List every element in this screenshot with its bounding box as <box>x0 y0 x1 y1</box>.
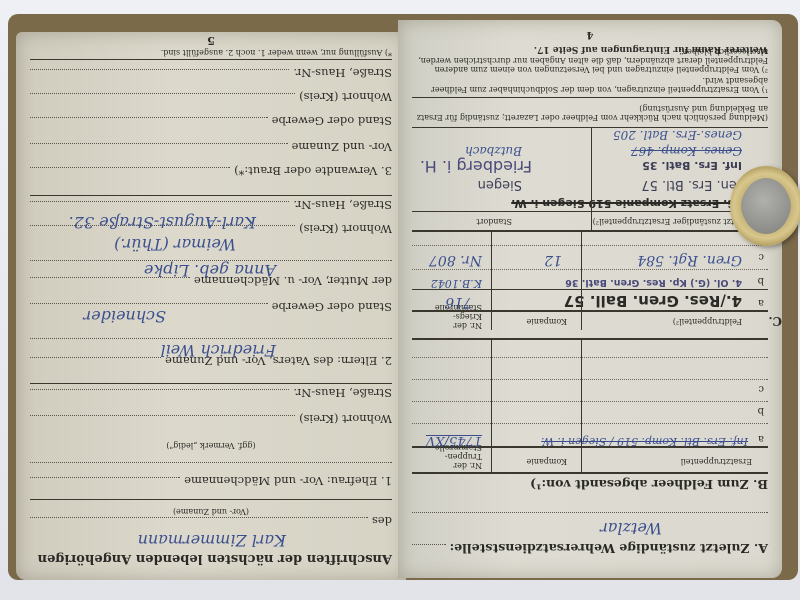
holder-row: des <box>30 514 392 528</box>
row-line <box>412 357 768 358</box>
table-border <box>412 473 768 475</box>
relative-row: 3. Verwandte oder Braut:*) <box>30 164 392 178</box>
sectionC-row-a-stamp: 4./Res. Gren. Ball. 57 <box>564 292 742 310</box>
relative-name: Vor- und Zuname <box>30 140 392 154</box>
holder-handwriting: Karl Zimmermann <box>138 531 286 550</box>
left-page-title: Anschriften der nächsten lebenden Angehö… <box>30 551 392 566</box>
replacement-entry-2-location: Siegen <box>478 177 522 192</box>
sectionB-row-a-key: a <box>758 433 764 444</box>
table-border <box>412 311 768 313</box>
holder-hint: (Vor- und Zuname) <box>30 507 392 516</box>
sectionC-row-c-number: Nr. 807 <box>429 252 482 268</box>
relative-occupation: Stand oder Gewerbe <box>30 114 392 128</box>
footnote-1: ¹) Vom Ersatztruppenteil einzutragen, vo… <box>412 76 768 94</box>
relative-street: Straße, Haus-Nr. <box>30 66 392 80</box>
relative-residence: Wohnort (Kreis) <box>30 90 392 104</box>
sectionC-label: C. <box>768 314 782 328</box>
sectionA-blank <box>412 509 768 514</box>
sectionC-row-a-key: a <box>758 297 764 308</box>
replacement-entry-1: 1. G. Ersatz Kompanie 519 Siegen i. W. <box>511 197 752 210</box>
table-border <box>412 231 768 233</box>
sectionB-row-b-key: b <box>758 405 764 416</box>
sectionC-row-b-number: K.B.1042 <box>431 277 482 290</box>
row-line <box>412 245 768 246</box>
occupation-handwriting: Schneider <box>84 307 166 326</box>
left-page: Anschriften der nächsten lebenden Angehö… <box>16 32 406 580</box>
euro-coin <box>730 166 800 246</box>
sectionA-handwriting: Wetzlar <box>600 519 662 538</box>
right-page-content: A. Zuletzt zuständige Wehrersatzdienstst… <box>398 20 782 578</box>
replacement-entry-4-location: Butzbach <box>465 144 522 158</box>
mother-handwriting: Anna geb. Lipke <box>144 261 276 280</box>
residence-handwriting: Weimar (Thür.) <box>114 235 236 254</box>
page-number-4: 4 <box>412 29 768 40</box>
row-line <box>412 401 768 402</box>
divider <box>30 195 392 196</box>
mother-blank <box>30 257 392 262</box>
column-divider <box>491 232 492 330</box>
spouse-row: 1. Ehefrau: Vor- und Mädchenname <box>30 474 392 488</box>
replacement-col-location: Standort <box>476 217 512 226</box>
spouse-blank <box>30 459 392 464</box>
sectionB-label: B. Zum Feldheer abgesandt von:¹) <box>412 477 768 492</box>
sectionA-label: A. Zuletzt zuständige Wehrersatzdienstst… <box>412 541 768 556</box>
sectionC-row-c-key: c <box>758 251 764 262</box>
replacement-col-unit: Jetzt zuständiger Ersatztruppenteil²) <box>593 217 742 226</box>
row-line <box>412 379 768 380</box>
street-handwriting: Karl-August-Straße 32. <box>69 213 256 232</box>
table-border <box>412 127 768 128</box>
sectionB-row-a-unit: Inf. Ers. Btl. Komp. 519 / Siegen i. W. <box>541 435 748 448</box>
sectionB-row-c-key: c <box>758 383 764 394</box>
spouse-street: Straße, Haus-Nr. <box>30 386 392 400</box>
replacement-entry-5: Genes.-Ers. Batl. 205 <box>613 128 742 142</box>
replacement-entry-4: Genes.-Komp. 467 <box>631 144 742 158</box>
street-row: Straße, Haus-Nr. <box>30 198 392 212</box>
table-border <box>412 211 768 212</box>
right-page: A. Zuletzt zuständige Wehrersatzdienstst… <box>398 20 782 578</box>
sectionC-col-company: Kompanie <box>527 317 568 326</box>
sectionC-col-unit: Feldtruppenteil²) <box>673 317 742 326</box>
spouse-residence: Wohnort (Kreis) <box>30 412 392 426</box>
divider <box>30 499 392 500</box>
column-divider <box>581 340 582 474</box>
column-divider <box>491 340 492 474</box>
replacement-entry-3: Inf. Ers. Batl. 35 <box>642 159 742 172</box>
sectionC-row-c-unit: Gren. Rgt. 584 <box>637 252 742 268</box>
sectionC-row-b-stamp: 4. Ol. (G.) Kp. Res. Gren. Batl. 36 <box>565 277 742 288</box>
sectionC-row-a-number: 716 <box>445 294 472 310</box>
column-divider <box>591 128 592 230</box>
father-blank <box>30 335 392 340</box>
sectionB-row-a-number: 1745/XV <box>426 433 482 448</box>
left-page-content: Anschriften der nächsten lebenden Angehö… <box>16 32 406 580</box>
page-number-5: 5 <box>30 34 392 48</box>
replacement-entry-3-location: Friedberg i. H. <box>420 157 532 176</box>
continuation-note: Weiterer Raum für Eintragungen auf Seite… <box>412 44 768 54</box>
divider <box>412 97 768 98</box>
row-line <box>412 269 768 270</box>
table-border <box>412 339 768 341</box>
left-footnote: *) Ausfüllung nur, wenn weder 1. noch 2.… <box>30 48 392 60</box>
sectionB-col-unit: Ersatztruppenteil <box>681 457 752 466</box>
sectionB-col-company: Kompanie <box>527 457 568 466</box>
row-line <box>412 423 768 424</box>
spouse-hint: (ggf. Vermerk „ledig") <box>30 441 392 450</box>
replacement-note: (Meldung persönlich nach Rückkehr vom Fe… <box>412 104 768 122</box>
coin-center <box>742 178 790 234</box>
column-divider <box>581 232 582 330</box>
sectionC-row-c-company: 12 <box>544 252 562 268</box>
father-handwriting: Friedrich Weil <box>160 341 276 360</box>
sectionC-row-b-key: b <box>758 275 764 286</box>
divider <box>30 383 392 384</box>
